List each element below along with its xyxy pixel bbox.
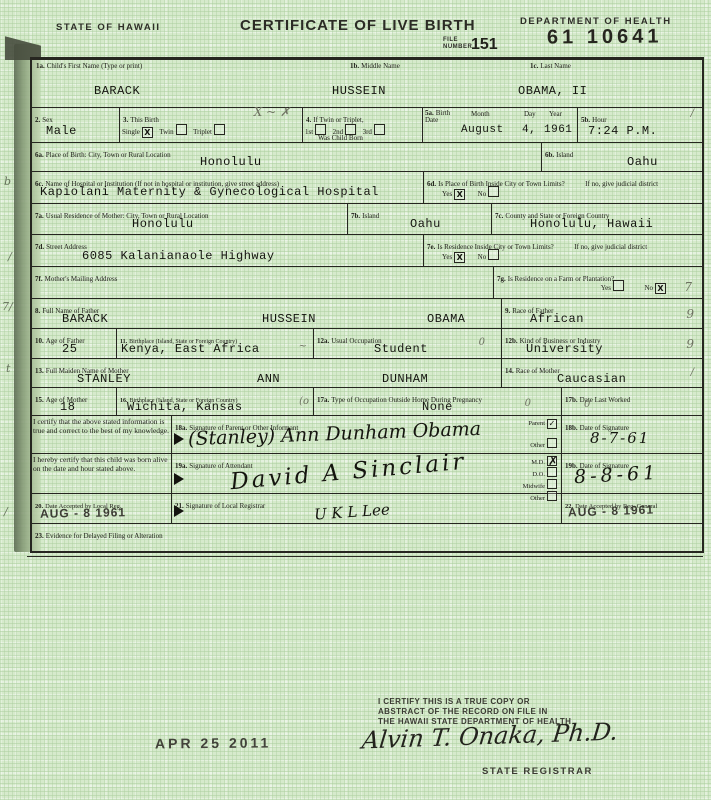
midwife-checkbox	[547, 479, 557, 489]
certificate-title: CERTIFICATE OF LIVE BIRTH	[240, 17, 476, 34]
field-label: 17a.Type of Occupation Outside Home Duri…	[317, 396, 482, 404]
parent-checkbox: ✓	[547, 419, 557, 429]
do-option: D.O.	[523, 467, 559, 479]
field-mother-occupation: 17a.Type of Occupation Outside Home Duri…	[314, 388, 562, 415]
field-label: 1a.Child's First Name (Type or print)	[36, 62, 142, 70]
table-bottom-rule	[27, 556, 703, 557]
pen-mark: 0	[525, 398, 531, 409]
reg-general-date-stamp: AUG - 8 1961	[568, 503, 654, 520]
md-checkbox: ✗	[547, 456, 557, 466]
field-label: 7d.Street Address	[35, 243, 87, 251]
pen-mark: ~	[299, 341, 307, 352]
local-reg-date-stamp: AUG - 8 1961	[40, 505, 126, 520]
certify-statement-informant: I certify that the above stated informat…	[32, 416, 172, 453]
md-option: M.D.✗	[523, 456, 559, 467]
field-caption: Mother's Mailing Address	[45, 275, 118, 283]
field-label: 7g.Is Residence on a Farm or Plantation?	[497, 275, 614, 283]
last-name-value: OBAMA, II	[518, 84, 587, 98]
field-street-address: 7d.Street Address 6085 Kalanianaole High…	[32, 235, 424, 266]
field-number: 7c.	[495, 212, 503, 220]
no-label: No	[478, 253, 487, 261]
field-informant-signature: 18a.Signature of Parent or Other Informa…	[172, 416, 562, 453]
mother-last-value: DUNHAM	[382, 372, 428, 386]
received-date-stamp: APR 25 2011	[155, 734, 271, 751]
birth-order-checkboxes: 1st 2nd 3rd	[305, 121, 387, 139]
parent-option: Parent✓	[528, 419, 559, 429]
mother-age-value: 18	[60, 400, 75, 414]
middle-name-value: HUSSEIN	[332, 84, 386, 98]
field-mother-birthplace: 16.Birthplace (Island, State or Foreign …	[117, 388, 314, 415]
margin-pen-mark: t	[6, 362, 10, 375]
do-checkbox	[547, 467, 557, 477]
field-number: 1a.	[36, 62, 45, 70]
field-child-name: 1a.Child's First Name (Type or print) 1b…	[32, 60, 702, 107]
third-label: 3rd	[363, 128, 372, 136]
field-residence-city-limits: 7e.Is Residence Inside City or Town Limi…	[424, 235, 702, 266]
field-farm-plantation: 7g.Is Residence on a Farm or Plantation?…	[494, 267, 702, 298]
field-label: 1c.Last Name	[530, 62, 571, 70]
field-number: 12b.	[505, 337, 518, 345]
twin-checkbox	[176, 124, 187, 135]
field-caption: Island	[556, 151, 573, 159]
row-father-details: 10.Age of Father 25 11.Birthplace (Islan…	[32, 329, 702, 359]
field-this-birth: 3.This Birth X ~ ✗ SingleX Twin Triplet	[120, 108, 303, 142]
pen-mark: 9	[686, 337, 694, 351]
birth-type-checkboxes: SingleX Twin Triplet	[122, 121, 227, 139]
field-label: 2.Sex	[35, 116, 53, 124]
parent-label: Parent	[528, 420, 545, 427]
field-hour: 5b.Hour / 7:24 P.M.	[578, 108, 702, 142]
field-caption: Island	[362, 212, 379, 220]
field-hospital: 6c.Name of Hospital or Institution (If n…	[32, 172, 424, 203]
field-number: 2.	[35, 116, 40, 124]
field-place-of-birth: 6a.Place of Birth: City, Town or Rural L…	[32, 143, 542, 171]
father-occupation-value: Student	[374, 342, 428, 356]
row-attendant-signature: I hereby certify that this child was bor…	[32, 454, 702, 494]
field-father-birthplace: 11.Birthplace (Island, State or Foreign …	[117, 329, 314, 358]
field-caption: Last Name	[540, 62, 571, 70]
field-number: 6a.	[35, 151, 44, 159]
triplet-checkbox	[214, 124, 225, 135]
field-caption: Signature of Local Registrar	[186, 502, 266, 510]
arrow-icon	[174, 473, 184, 485]
no-label: No	[478, 190, 487, 198]
row-delayed-filing: 23.Evidence for Delayed Filing or Altera…	[32, 524, 702, 551]
margin-pen-mark: /	[8, 250, 12, 263]
field-residence-island: 7b.Island Oahu	[348, 204, 492, 234]
hour-value: 7:24 P.M.	[588, 124, 657, 138]
second-checkbox	[345, 124, 356, 135]
row-mother-name: 13.Full Maiden Name of Mother STANLEY AN…	[32, 359, 702, 388]
field-father-race: 9.Race of Father African 9	[502, 299, 702, 328]
mother-middle-value: ANN	[257, 372, 280, 386]
field-birth-date: 5a.BirthDate Month Day Year August 4, 19…	[423, 108, 578, 142]
pen-mark: (o	[299, 396, 309, 407]
midwife-option: Midwife	[523, 479, 559, 491]
state-registrar-title: STATE REGISTRAR	[482, 766, 593, 777]
father-birthplace-value: Kenya, East Africa	[121, 342, 260, 356]
informant-type-checkboxes: Parent✓ Other	[528, 419, 559, 450]
field-label: 7f.Mother's Mailing Address	[35, 275, 117, 283]
second-label: 2nd	[333, 128, 344, 136]
row-hospital: 6c.Name of Hospital or Institution (If n…	[32, 172, 702, 204]
field-caption: Type of Occupation Outside Home During P…	[331, 396, 482, 404]
local-registrar-signature-value: U K L Lee	[313, 500, 390, 523]
field-date-last-worked: 17b.Date Last Worked 0	[562, 388, 702, 415]
yes-label: Yes	[601, 284, 611, 292]
pen-mark: 0	[584, 399, 590, 410]
row-street-address: 7d.Street Address 6085 Kalanianaole High…	[32, 235, 702, 267]
twin-label: Twin	[159, 128, 173, 136]
field-number: 5b.	[581, 116, 590, 124]
field-island: 6b.Island Oahu	[542, 143, 702, 171]
row-place-of-birth: 6a.Place of Birth: City, Town or Rural L…	[32, 143, 702, 172]
other-label: Other	[530, 442, 545, 449]
field-attendant-signature: 19a.Signature of Attendant David A Sincl…	[172, 454, 562, 493]
birth-month-value: August	[461, 124, 504, 136]
field-label: 23.Evidence for Delayed Filing or Altera…	[35, 532, 163, 540]
field-mother-age: 15.Age of Mother 18	[32, 388, 117, 415]
midwife-label: Midwife	[523, 483, 545, 490]
field-number: 13.	[35, 367, 44, 375]
field-label: 21.Signature of Local Registrar	[175, 502, 265, 510]
mother-first-value: STANLEY	[77, 372, 131, 386]
field-mother-residence: 7a.Usual Residence of Mother: City, Town…	[32, 204, 348, 234]
field-date-accepted-local: 20.Date Accepted by Local Reg. AUG - 8 1…	[32, 494, 172, 523]
field-caption: Sex	[42, 116, 53, 124]
field-caption: Street Address	[46, 243, 87, 251]
county-state-value: Honolulu, Hawaii	[530, 217, 653, 231]
residence-limits-checkboxes: YesX No	[442, 246, 501, 264]
field-label: 5b.Hour	[581, 116, 607, 124]
field-caption: Middle Name	[361, 62, 400, 70]
row-registrar: 20.Date Accepted by Local Reg. AUG - 8 1…	[32, 494, 702, 524]
row-child-name: 1a.Child's First Name (Type or print) 1b…	[32, 60, 702, 108]
certificate-form: 1a.Child's First Name (Type or print) 1b…	[30, 57, 704, 553]
field-local-registrar-signature: 21.Signature of Local Registrar U K L Le…	[172, 494, 562, 523]
certify-statement-attendant: I hereby certify that this child was bor…	[32, 454, 172, 493]
single-label: Single	[122, 128, 140, 136]
field-number: 7f.	[35, 275, 43, 283]
field-birth-city-limits: 6d.Is Place of Birth Inside City or Town…	[424, 172, 702, 203]
no-checkbox: X	[655, 283, 666, 294]
margin-pen-mark: /	[4, 505, 8, 518]
informant-date-value: 8-7-61	[590, 429, 650, 447]
hospital-value: Kapiolani Maternity & Gynecological Hosp…	[40, 185, 379, 199]
field-informant-signature-date: 18b.Date of Signature 8-7-61	[562, 416, 702, 453]
residence-city-value: Honolulu	[132, 217, 194, 231]
margin-pen-mark: 7/	[2, 300, 13, 313]
first-label: 1st	[305, 128, 313, 136]
field-caption: Hour	[592, 116, 606, 124]
field-number: 7a.	[35, 212, 44, 220]
row-mother-residence: 7a.Usual Residence of Mother: City, Town…	[32, 204, 702, 235]
first-name-value: BARACK	[94, 84, 140, 98]
yes-checkbox: X	[454, 189, 465, 200]
field-father-age: 10.Age of Father 25	[32, 329, 117, 358]
father-age-value: 25	[62, 342, 77, 356]
field-number: 10.	[35, 337, 44, 345]
day-header: Day	[524, 110, 536, 118]
field-caption: Evidence for Delayed Filing or Alteratio…	[46, 532, 163, 540]
single-checkbox: X	[142, 127, 153, 138]
field-number: 7g.	[497, 275, 506, 283]
field-mailing-address: 7f.Mother's Mailing Address	[32, 267, 494, 298]
field-number: 17b.	[565, 396, 578, 404]
birth-city-value: Honolulu	[200, 155, 262, 169]
informant-signature-value: (Stanley) Ann Dunham Obama	[188, 418, 482, 450]
row-mailing-address: 7f.Mother's Mailing Address 7g.Is Reside…	[32, 267, 702, 299]
field-label: 7b.Island	[351, 212, 379, 220]
state-heading: STATE OF HAWAII	[56, 22, 160, 33]
father-first-value: BARACK	[62, 312, 108, 326]
field-label: 1b.Middle Name	[350, 62, 400, 70]
field-father-occupation: 12a.Usual Occupation Student 0	[314, 329, 502, 358]
pen-mark: 7	[684, 280, 692, 294]
file-word: FILE	[443, 37, 458, 43]
field-number: 6b.	[545, 151, 554, 159]
pen-mark: /	[691, 108, 694, 119]
month-header: Month	[471, 110, 490, 118]
field-caption: Place of Birth: City, Town or Rural Loca…	[46, 151, 171, 159]
yes-checkbox	[613, 280, 624, 291]
certificate-number: 61 10641	[547, 25, 663, 49]
field-number: 18a.	[175, 424, 187, 432]
residence-island-value: Oahu	[410, 217, 441, 231]
field-number: 1c.	[530, 62, 538, 70]
field-county-state: 7c.County and State or Foreign Country H…	[492, 204, 702, 234]
field-number: 1b.	[350, 62, 359, 70]
mother-birthplace-value: Wichita, Kansas	[127, 400, 243, 414]
father-race-value: African	[530, 312, 584, 326]
yes-label: Yes	[442, 190, 452, 198]
field-label: 17b.Date Last Worked	[565, 396, 630, 404]
mother-race-value: Caucasian	[557, 372, 626, 386]
birth-year-value: 1961	[544, 124, 572, 136]
no-checkbox	[488, 249, 499, 260]
field-number: 15.	[35, 396, 44, 404]
field-mother-maiden-name: 13.Full Maiden Name of Mother STANLEY AN…	[32, 359, 502, 387]
street-address-value: 6085 Kalanianaole Highway	[82, 249, 275, 263]
father-industry-value: University	[526, 342, 603, 356]
field-label: 6b.Island	[545, 151, 573, 159]
triplet-label: Triplet	[193, 128, 212, 136]
field-number: 7d.	[35, 243, 44, 251]
row-mother-details: 15.Age of Mother 18 16.Birthplace (Islan…	[32, 388, 702, 416]
field-number: 6d.	[427, 180, 436, 188]
certification-line: ABSTRACT OF THE RECORD ON FILE IN	[378, 707, 548, 716]
number-word: NUMBER	[443, 44, 472, 50]
field-father-industry: 12b.Kind of Business or Industry Univers…	[502, 329, 702, 358]
field-attendant-signature-date: 19b.Date of Signature 8-8-61	[562, 454, 702, 493]
field-number: 18b.	[565, 424, 578, 432]
row-father-name: 8.Full Name of Father BARACK HUSSEIN OBA…	[32, 299, 702, 329]
field-number: 9.	[505, 307, 510, 315]
other-option: Other	[528, 438, 559, 450]
field-caption: Is Residence on a Farm or Plantation?	[508, 275, 615, 283]
field-label: 14.Race of Mother	[505, 367, 560, 375]
sex-value: Male	[46, 124, 77, 138]
field-number: 17a.	[317, 396, 329, 404]
birth-certificate-document: b / 7/ t / STATE OF HAWAII CERTIFICATE O…	[0, 0, 711, 800]
row-informant-signature: I certify that the above stated informat…	[32, 416, 702, 454]
city-limits-checkboxes: YesX No	[442, 183, 501, 201]
field-father-name: 8.Full Name of Father BARACK HUSSEIN OBA…	[32, 299, 502, 328]
field-number: 7e.	[427, 243, 435, 251]
page-curl-corner	[5, 26, 41, 60]
margin-pen-mark: b	[4, 175, 11, 188]
pen-scribble: X ~ ✗	[254, 105, 290, 119]
file-number-label: FILE NUMBER	[443, 37, 472, 51]
field-caption: If no, give judicial district	[574, 243, 647, 251]
attendant-date-value: 8-8-61	[573, 462, 659, 488]
row-sex-birth-date: 2.Sex Male 3.This Birth X ~ ✗ SingleX Tw…	[32, 108, 702, 143]
field-caption: Child's First Name (Type or print)	[47, 62, 142, 70]
father-last-value: OBAMA	[427, 312, 466, 326]
year-header: Year	[549, 110, 562, 118]
birth-day-value: 4,	[522, 124, 536, 136]
yes-checkbox: X	[454, 252, 465, 263]
other-checkbox	[547, 438, 557, 448]
field-date-accepted-general: 22.Date Accepted by Reg. General AUG - 8…	[562, 494, 702, 523]
field-caption: If no, give judicial district	[585, 180, 658, 188]
third-checkbox	[374, 124, 385, 135]
field-delayed-filing: 23.Evidence for Delayed Filing or Altera…	[32, 524, 702, 551]
no-checkbox	[488, 186, 499, 197]
pen-mark: 9	[686, 307, 694, 321]
certification-line: I CERTIFY THIS IS A TRUE COPY OR	[378, 697, 530, 706]
field-number: 8.	[35, 307, 40, 315]
field-label: 6a.Place of Birth: City, Town or Rural L…	[35, 151, 171, 159]
mother-occupation-value: None	[422, 400, 453, 414]
first-checkbox	[315, 124, 326, 135]
field-label: 12a.Usual Occupation	[317, 337, 382, 345]
field-number: 14.	[505, 367, 514, 375]
field-number: 19a.	[175, 462, 187, 470]
md-label: M.D.	[531, 459, 545, 466]
field-label: 5a.BirthDate	[425, 110, 450, 124]
field-caption: Date	[425, 116, 438, 124]
field-number: 7b.	[351, 212, 360, 220]
yes-label: Yes	[442, 253, 452, 261]
field-twin-order: 4.If Twin or Triplet, Was Child Born 1st…	[303, 108, 423, 142]
field-sex: 2.Sex Male	[32, 108, 120, 142]
field-mother-race: 14.Race of Mother Caucasian /	[502, 359, 702, 387]
arrow-icon	[174, 433, 184, 445]
father-middle-value: HUSSEIN	[262, 312, 316, 326]
file-number-value: 151	[471, 36, 498, 54]
farm-checkboxes: Yes NoX	[601, 277, 668, 295]
field-number: 23.	[35, 532, 44, 540]
arrow-icon	[174, 505, 184, 517]
attendant-signature-value: David A Sinclair	[229, 449, 467, 496]
birth-island-value: Oahu	[627, 155, 658, 169]
pen-mark: 0	[479, 337, 485, 348]
no-label: No	[644, 284, 653, 292]
field-caption: Race of Mother	[516, 367, 560, 375]
do-label: D.O.	[532, 471, 545, 478]
field-number: 12a.	[317, 337, 329, 345]
pen-mark: /	[691, 367, 694, 378]
